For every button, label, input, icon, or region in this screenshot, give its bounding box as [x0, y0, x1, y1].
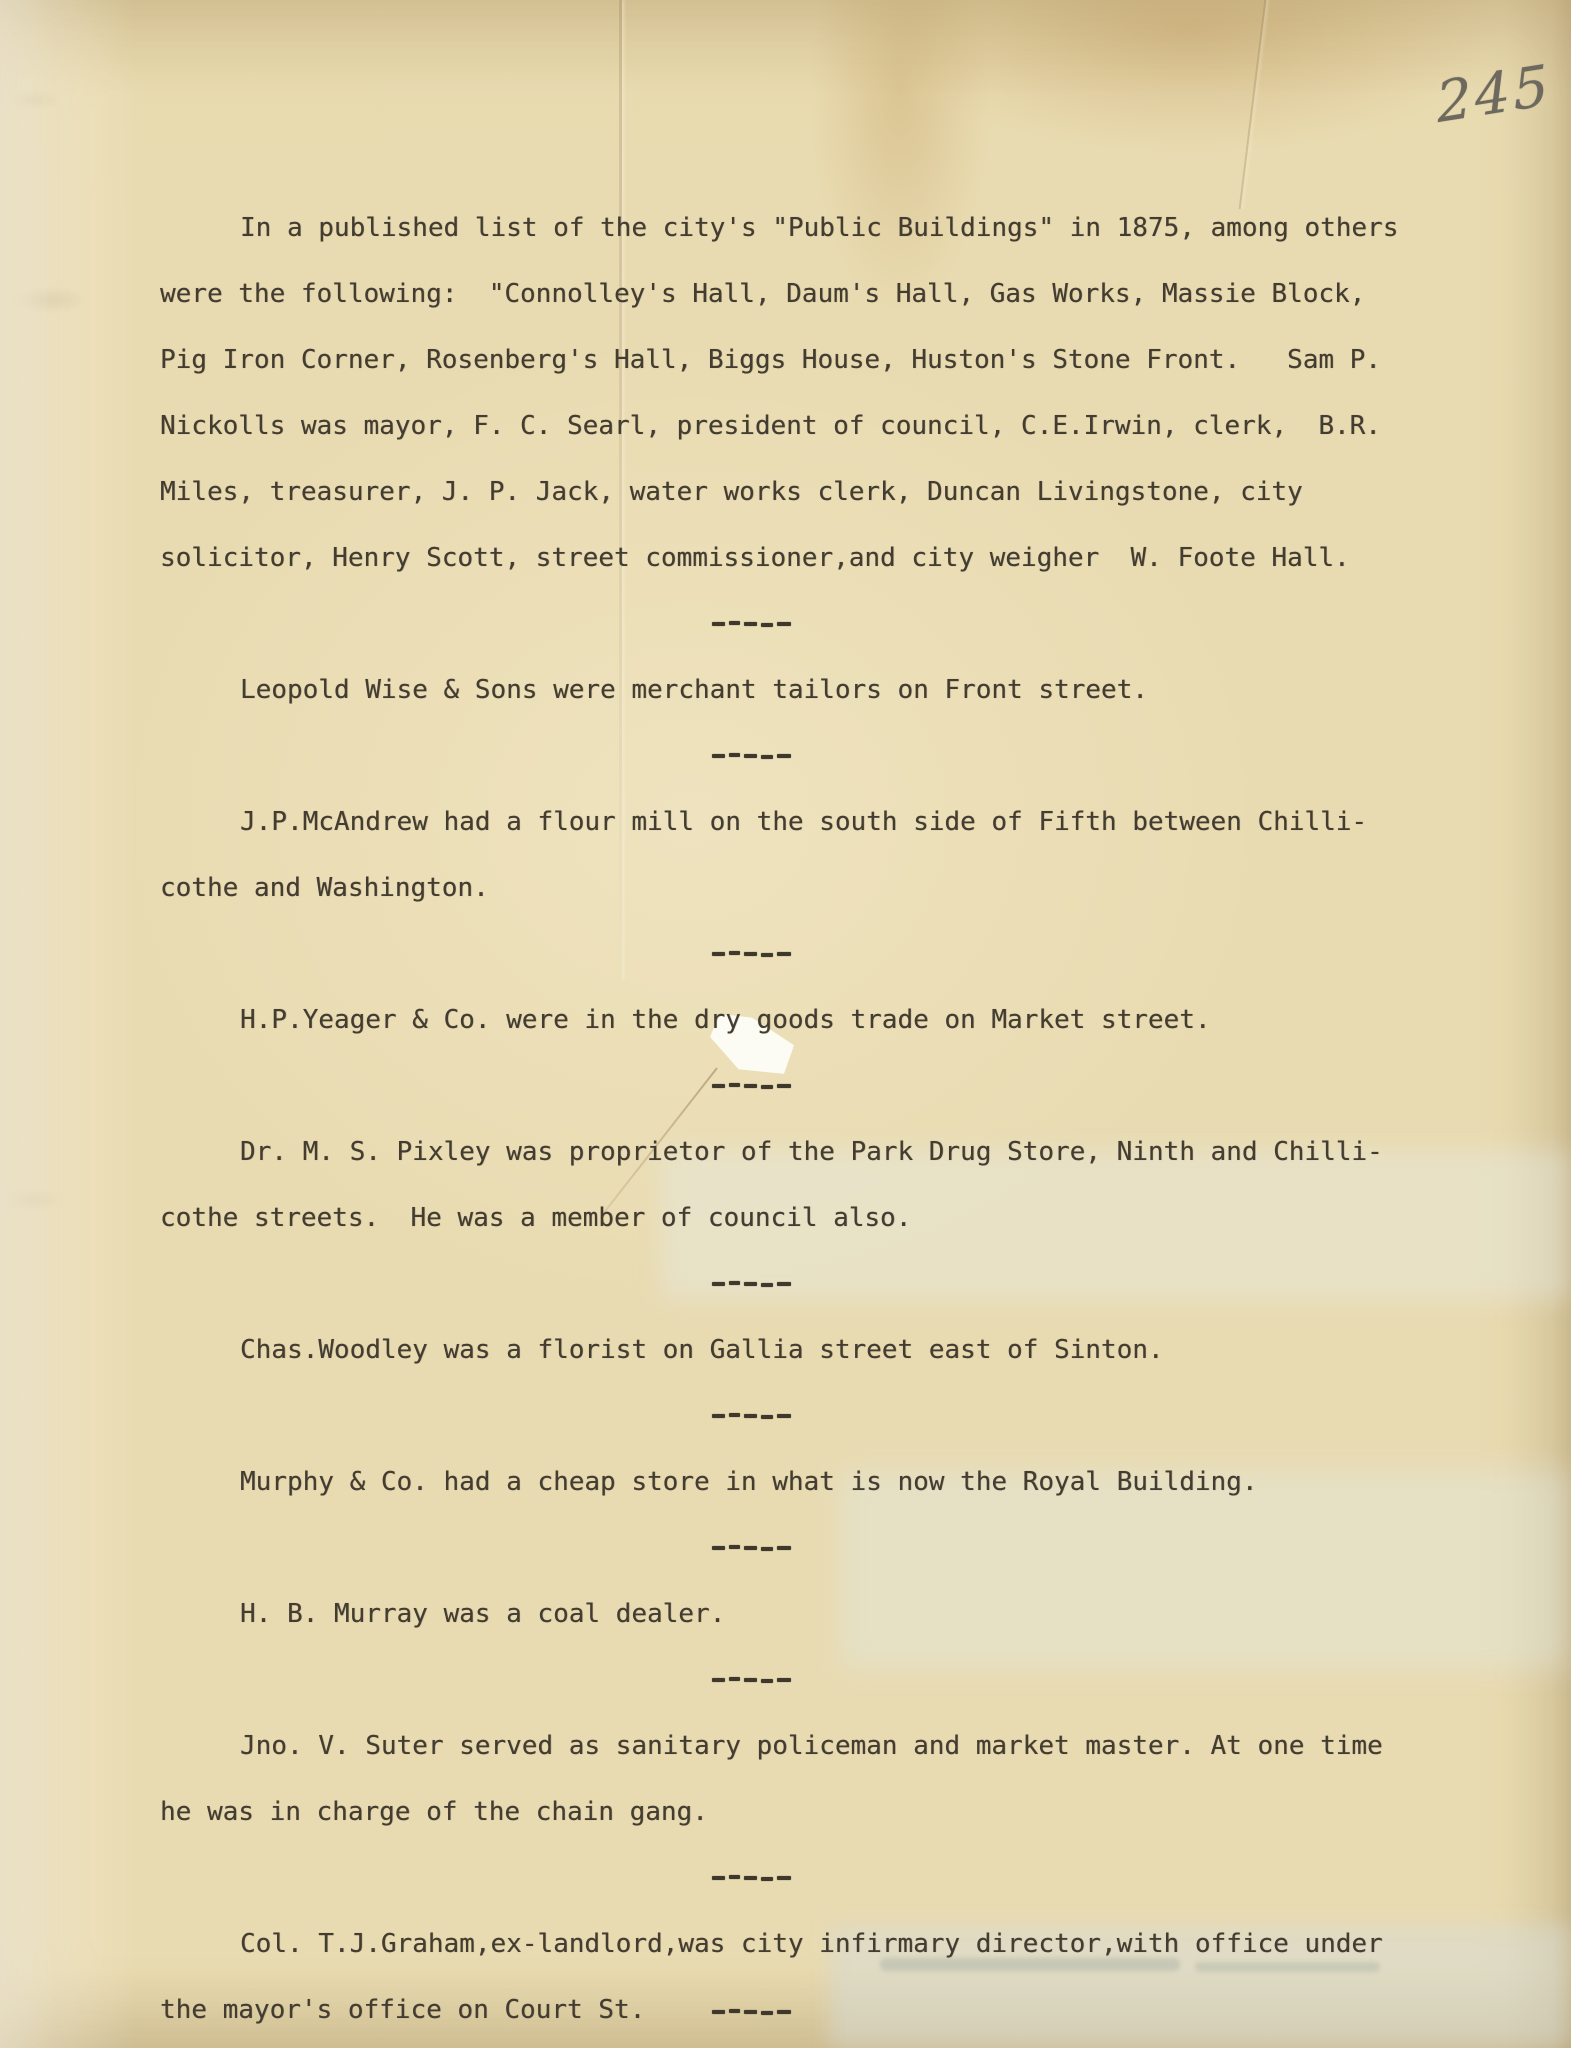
dash-mark [744, 1084, 757, 1088]
dash-mark [761, 1415, 773, 1419]
typed-line: Miles, treasurer, J. P. Jack, water work… [160, 459, 1520, 525]
separator-dashes [160, 1383, 1520, 1449]
dash-mark [744, 952, 757, 956]
typed-line: H.P.Yeager & Co. were in the dry goods t… [160, 987, 1520, 1053]
typed-line: Murphy & Co. had a cheap store in what i… [160, 1449, 1520, 1515]
dash-mark [761, 1877, 773, 1881]
separator-dashes [160, 921, 1520, 987]
dash-mark [777, 754, 791, 758]
dash-mark [761, 2011, 773, 2015]
dash-mark [712, 1084, 725, 1088]
typed-line: he was in charge of the chain gang. [160, 1779, 1520, 1845]
dash-mark [744, 754, 757, 758]
dash-mark [761, 1679, 773, 1683]
dash-mark [712, 754, 725, 758]
dash-mark [777, 1876, 791, 1880]
dash-mark [712, 1546, 725, 1550]
document-page: 245 In a published list of the city's "P… [0, 0, 1571, 2048]
dash-mark [744, 1876, 757, 1880]
dash-mark [744, 1414, 757, 1418]
typed-line: Chas.Woodley was a florist on Gallia str… [160, 1317, 1520, 1383]
typed-text: In a published list of the city's "Publi… [160, 195, 1520, 2025]
typed-line: Nickolls was mayor, F. C. Searl, preside… [160, 393, 1520, 459]
dash-mark [777, 1546, 791, 1550]
typed-line: Jno. V. Suter served as sanitary policem… [160, 1713, 1520, 1779]
paper-crease-top-right [1239, 0, 1268, 209]
dash-mark [777, 1678, 791, 1682]
dash-mark [729, 1281, 740, 1285]
separator-dashes [160, 723, 1520, 789]
dash-mark [712, 1678, 725, 1682]
dash-mark [729, 1677, 740, 1681]
dash-mark [761, 1085, 773, 1089]
dash-mark [777, 1084, 791, 1088]
dash-mark [729, 1083, 740, 1087]
typed-line: Dr. M. S. Pixley was proprietor of the P… [160, 1119, 1520, 1185]
dash-mark [744, 1282, 757, 1286]
dash-mark [729, 2009, 740, 2013]
typed-line: cothe streets. He was a member of counci… [160, 1185, 1520, 1251]
dash-mark [761, 755, 773, 759]
dash-mark [744, 1546, 757, 1550]
dash-mark [729, 753, 740, 757]
dash-mark [729, 951, 740, 955]
handwritten-page-number: 245 [1434, 53, 1553, 136]
typed-line: J.P.McAndrew had a flour mill on the sou… [160, 789, 1520, 855]
dash-mark [761, 953, 773, 957]
separator-dashes [160, 1515, 1520, 1581]
dash-mark [744, 622, 757, 626]
dash-mark [712, 952, 725, 956]
dash-mark [712, 622, 725, 626]
dash-mark [712, 1282, 725, 1286]
dash-mark [777, 1282, 791, 1286]
dash-mark [761, 1283, 773, 1287]
separator-dashes [160, 1251, 1520, 1317]
dash-mark [777, 622, 791, 626]
dash-mark [777, 2010, 791, 2014]
typed-line: were the following: "Connolley's Hall, D… [160, 261, 1520, 327]
separator-dashes [160, 1845, 1520, 1911]
dash-mark [777, 1414, 791, 1418]
separator-dashes [160, 1053, 1520, 1119]
typed-line: Leopold Wise & Sons were merchant tailor… [160, 657, 1520, 723]
typed-line: In a published list of the city's "Publi… [160, 195, 1520, 261]
typed-line: solicitor, Henry Scott, street commissio… [160, 525, 1520, 591]
dash-mark [729, 1413, 740, 1417]
dash-mark [761, 623, 773, 627]
dash-mark [744, 1678, 757, 1682]
dash-mark [712, 1876, 725, 1880]
dash-mark [729, 621, 740, 625]
dash-mark [729, 1545, 740, 1549]
dash-mark [712, 2010, 725, 2014]
typed-line: H. B. Murray was a coal dealer. [160, 1581, 1520, 1647]
typed-line: cothe and Washington. [160, 855, 1520, 921]
dash-mark [712, 1414, 725, 1418]
dash-mark [761, 1547, 773, 1551]
separator-dashes [160, 1647, 1520, 1713]
typed-line: Col. T.J.Graham,ex-landlord,was city inf… [160, 1911, 1520, 1977]
typed-line: Pig Iron Corner, Rosenberg's Hall, Biggs… [160, 327, 1520, 393]
dash-mark [729, 1875, 740, 1879]
dash-mark [744, 2010, 757, 2014]
separator-dashes [160, 591, 1520, 657]
dash-mark [777, 952, 791, 956]
